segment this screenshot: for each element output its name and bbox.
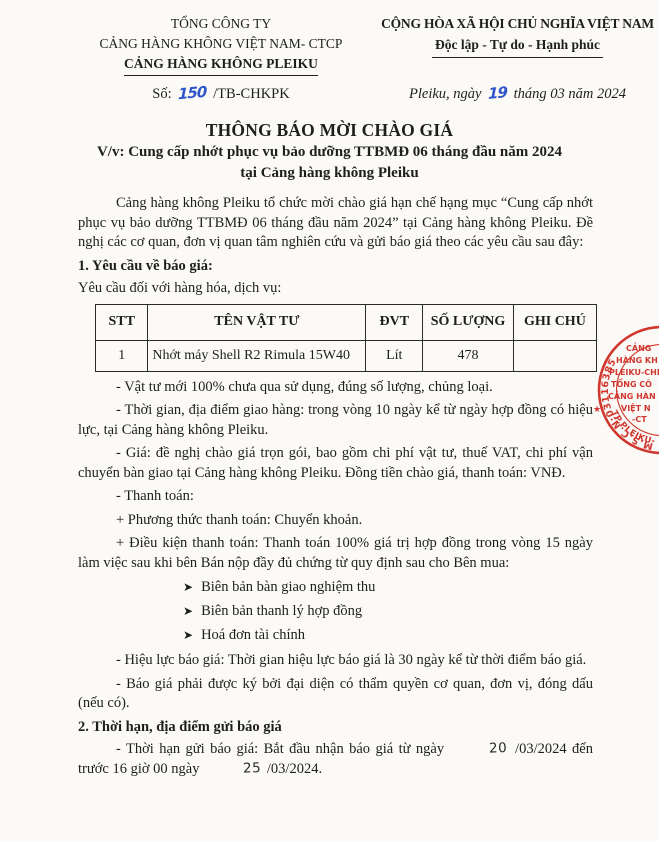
document-checklist: ➤Biên bản bàn giao nghiệm thu ➤Biên bản …: [78, 577, 593, 646]
list-item-text: Biên bản bàn giao nghiệm thu: [201, 579, 375, 595]
cell-unit: Lít: [366, 340, 423, 371]
seal-center-text: HÀNG KH: [616, 354, 658, 365]
org-unit: CẢNG HÀNG KHÔNG PLEIKU: [66, 54, 376, 76]
number-date-row: Số: 150 /TB-CHKPK Pleiku, ngày 19 tháng …: [0, 76, 659, 105]
requirement-item: - Báo giá phải được ký bởi đại diện có t…: [78, 675, 593, 714]
requirement-item: + Điều kiện thanh toán: Thanh toán 100% …: [78, 534, 593, 573]
col-header-stt: STT: [96, 304, 148, 340]
list-item: ➤Biên bản thanh lý hợp đồng: [183, 601, 593, 622]
deadline-text-post: /03/2024.: [263, 761, 322, 777]
arrow-bullet-icon: ➤: [183, 604, 193, 618]
table-row: 1 Nhớt máy Shell R2 Rimula 15W40 Lít 478: [96, 340, 597, 371]
table-header-row: STT TÊN VẬT TƯ ĐVT SỐ LƯỢNG GHI CHÚ: [96, 304, 597, 340]
cell-name: Nhớt máy Shell R2 Rimula 15W40: [148, 340, 366, 371]
number-suffix: /TB-CHKPK: [213, 86, 290, 102]
seal-center-text: -CT: [632, 415, 647, 424]
arrow-bullet-icon: ➤: [183, 628, 193, 642]
goods-table: STT TÊN VẬT TƯ ĐVT SỐ LƯỢNG GHI CHÚ 1 Nh…: [95, 304, 597, 372]
document-title: THÔNG BÁO MỜI CHÀO GIÁ: [0, 121, 659, 141]
deadline-day-start-handwritten: 20: [451, 739, 508, 760]
date-suffix: tháng 03 năm 2024: [514, 86, 626, 102]
document-page: TỔNG CÔNG TY CẢNG HÀNG KHÔNG VIỆT NAM- C…: [0, 0, 659, 841]
section1-heading: 1. Yêu cầu về báo giá:: [78, 257, 593, 277]
cell-note: [513, 340, 596, 371]
requirement-item: - Giá: đề nghị chào giá trọn gói, bao gồ…: [78, 444, 593, 483]
requirement-item: - Vật tư mới 100% chưa qua sử dụng, đúng…: [78, 378, 593, 398]
deadline-paragraph: - Thời hạn gửi báo giá: Bắt đầu nhận báo…: [78, 740, 593, 779]
national-motto-line2-wrap: Độc lập - Tự do - Hạnh phúc: [376, 34, 659, 58]
arrow-bullet-icon: ➤: [183, 580, 193, 594]
national-motto-line1: CỘNG HÒA XÃ HỘI CHỦ NGHĨA VIỆT NAM: [376, 14, 659, 34]
list-item-text: Hoá đơn tài chính: [201, 627, 305, 643]
seal-star-icon: ★: [593, 405, 601, 415]
document-body: Cảng hàng không Pleiku tổ chức mời chào …: [0, 184, 659, 779]
document-subject-line1: V/v: Cung cấp nhớt phục vụ bảo dưỡng TTB…: [0, 142, 659, 163]
document-subject-line2: tại Cảng hàng không Pleiku: [0, 163, 659, 184]
seal-center-text: PLEIKU-CHI: [609, 368, 659, 377]
national-motto-line2: Độc lập - Tự do - Hạnh phúc: [432, 35, 603, 58]
col-header-name: TÊN VẬT TƯ: [148, 304, 366, 340]
intro-paragraph: Cảng hàng không Pleiku tổ chức mời chào …: [78, 194, 593, 253]
number-handwritten: 150: [178, 83, 207, 105]
date-prefix: Pleiku, ngày: [409, 86, 481, 102]
document-number: Số: 150 /TB-CHKPK: [66, 84, 376, 105]
list-item-text: Biên bản thanh lý hợp đồng: [201, 603, 362, 619]
deadline-day-end-handwritten: 25: [205, 759, 262, 780]
number-prefix: Số:: [152, 86, 171, 102]
cell-quantity: 478: [423, 340, 514, 371]
requirement-item: + Phương thức thanh toán: Chuyển khoản.: [78, 511, 593, 531]
section2-heading: 2. Thời hạn, địa điểm gửi báo giá: [78, 718, 593, 738]
org-parent-company: TỔNG CÔNG TY: [66, 14, 376, 34]
requirement-item: - Thời gian, địa điểm giao hàng: trong v…: [78, 401, 593, 440]
org-block: TỔNG CÔNG TY CẢNG HÀNG KHÔNG VIỆT NAM- C…: [66, 14, 376, 76]
seal-center-text: VIỆT N: [621, 403, 651, 413]
list-item: ➤Hoá đơn tài chính: [183, 625, 593, 646]
org-corporation: CẢNG HÀNG KHÔNG VIỆT NAM- CTCP: [66, 34, 376, 54]
org-unit-name: CẢNG HÀNG KHÔNG PLEIKU: [124, 54, 318, 76]
list-item: ➤Biên bản bàn giao nghiệm thu: [183, 577, 593, 598]
national-block: CỘNG HÒA XÃ HỘI CHỦ NGHĨA VIỆT NAM Độc l…: [376, 14, 659, 76]
seal-center-text: CẢNG HÀN: [608, 390, 656, 401]
document-date: Pleiku, ngày 19 tháng 03 năm 2024: [376, 84, 659, 105]
col-header-quantity: SỐ LƯỢNG: [423, 304, 514, 340]
date-handwritten: 19: [488, 83, 507, 104]
red-seal-stamp: M.S.C.N:03116385 TP.PLEIKU- ★ CẢNG HÀNG …: [592, 320, 659, 460]
col-header-note: GHI CHÚ: [513, 304, 596, 340]
letterhead: TỔNG CÔNG TY CẢNG HÀNG KHÔNG VIỆT NAM- C…: [0, 0, 659, 76]
requirement-item: - Hiệu lực báo giá: Thời gian hiệu lực b…: [78, 651, 593, 671]
seal-center-text: CẢNG: [626, 342, 651, 353]
section1-sub-intro: Yêu cầu đối với hàng hóa, dịch vụ:: [78, 279, 593, 299]
col-header-unit: ĐVT: [366, 304, 423, 340]
deadline-text-pre: - Thời hạn gửi báo giá: Bắt đầu nhận báo…: [116, 741, 449, 757]
requirement-item: - Thanh toán:: [78, 487, 593, 507]
cell-stt: 1: [96, 340, 148, 371]
seal-center-text: TỔNG CÔ: [611, 377, 652, 389]
